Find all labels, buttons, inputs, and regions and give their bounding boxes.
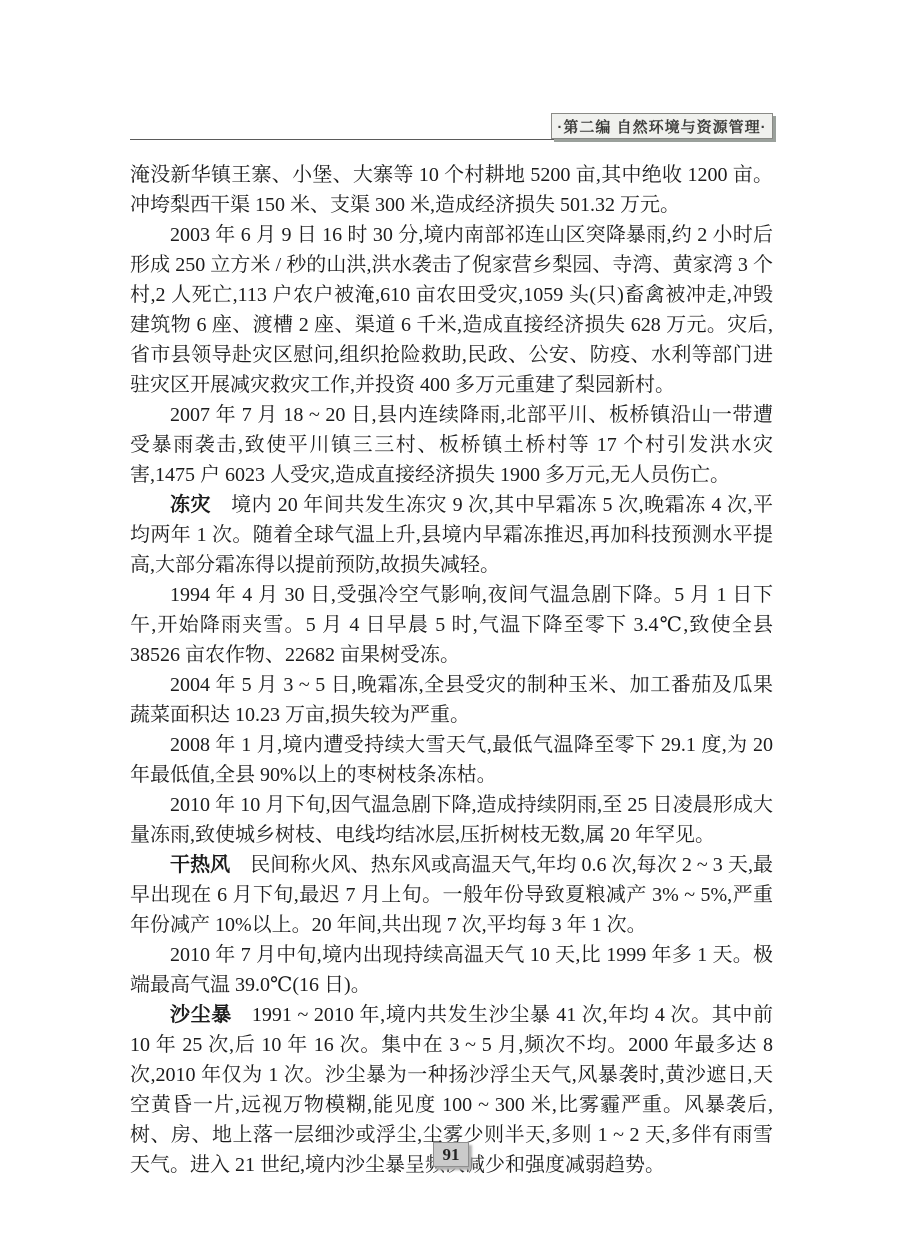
paragraph: 2003 年 6 月 9 日 16 时 30 分,境内南部祁连山区突降暴雨,约 … — [130, 220, 773, 400]
paragraph-text: 2008 年 1 月,境内遭受持续大雪天气,最低气温降至零下 29.1 度,为 … — [130, 734, 773, 786]
term-label: 冻灾 — [170, 494, 211, 516]
term-label: 干热风 — [170, 854, 230, 876]
paragraph: 1994 年 4 月 30 日,受强冷空气影响,夜间气温急剧下降。5 月 1 日… — [130, 580, 773, 670]
page-number: 91 — [443, 1145, 460, 1165]
paragraph: 淹没新华镇王寨、小堡、大寨等 10 个村耕地 5200 亩,其中绝收 1200 … — [130, 160, 773, 220]
paragraph-text: 淹没新华镇王寨、小堡、大寨等 10 个村耕地 5200 亩,其中绝收 1200 … — [130, 164, 773, 216]
paragraph: 2008 年 1 月,境内遭受持续大雪天气,最低气温降至零下 29.1 度,为 … — [130, 730, 773, 790]
running-head-label: ·第二编 自然环境与资源管理· — [557, 116, 766, 137]
scanned-book-page: ·第二编 自然环境与资源管理· 淹没新华镇王寨、小堡、大寨等 10 个村耕地 5… — [0, 0, 902, 1256]
paragraph: 2010 年 10 月下旬,因气温急剧下降,造成持续阴雨,至 25 日凌晨形成大… — [130, 790, 773, 850]
body-text: 淹没新华镇王寨、小堡、大寨等 10 个村耕地 5200 亩,其中绝收 1200 … — [130, 160, 773, 1180]
paragraph-text: 1994 年 4 月 30 日,受强冷空气影响,夜间气温急剧下降。5 月 1 日… — [130, 584, 773, 666]
paragraph-text: 2003 年 6 月 9 日 16 时 30 分,境内南部祁连山区突降暴雨,约 … — [130, 224, 773, 396]
paragraph-text: 2004 年 5 月 3 ~ 5 日,晚霜冻,全县受灾的制种玉米、加工番茄及瓜果… — [130, 674, 773, 726]
paragraph: 2010 年 7 月中旬,境内出现持续高温天气 10 天,比 1999 年多 1… — [130, 940, 773, 1000]
paragraph: 2007 年 7 月 18 ~ 20 日,县内连续降雨,北部平川、板桥镇沿山一带… — [130, 400, 773, 490]
page-number-box: 91 — [433, 1142, 469, 1167]
header-rule — [130, 139, 554, 140]
paragraph: 干热风民间称火风、热东风或高温天气,年均 0.6 次,每次 2 ~ 3 天,最早… — [130, 850, 773, 940]
running-head-section-box: ·第二编 自然环境与资源管理· — [551, 113, 773, 139]
paragraph-text: 境内 20 年间共发生冻灾 9 次,其中早霜冻 5 次,晚霜冻 4 次,平均两年… — [130, 494, 773, 576]
paragraph-text: 2007 年 7 月 18 ~ 20 日,县内连续降雨,北部平川、板桥镇沿山一带… — [130, 404, 773, 486]
paragraph: 2004 年 5 月 3 ~ 5 日,晚霜冻,全县受灾的制种玉米、加工番茄及瓜果… — [130, 670, 773, 730]
paragraph-text: 2010 年 10 月下旬,因气温急剧下降,造成持续阴雨,至 25 日凌晨形成大… — [130, 794, 773, 846]
paragraph: 冻灾境内 20 年间共发生冻灾 9 次,其中早霜冻 5 次,晚霜冻 4 次,平均… — [130, 490, 773, 580]
term-label: 沙尘暴 — [170, 1004, 232, 1026]
paragraph-text: 2010 年 7 月中旬,境内出现持续高温天气 10 天,比 1999 年多 1… — [130, 944, 773, 996]
